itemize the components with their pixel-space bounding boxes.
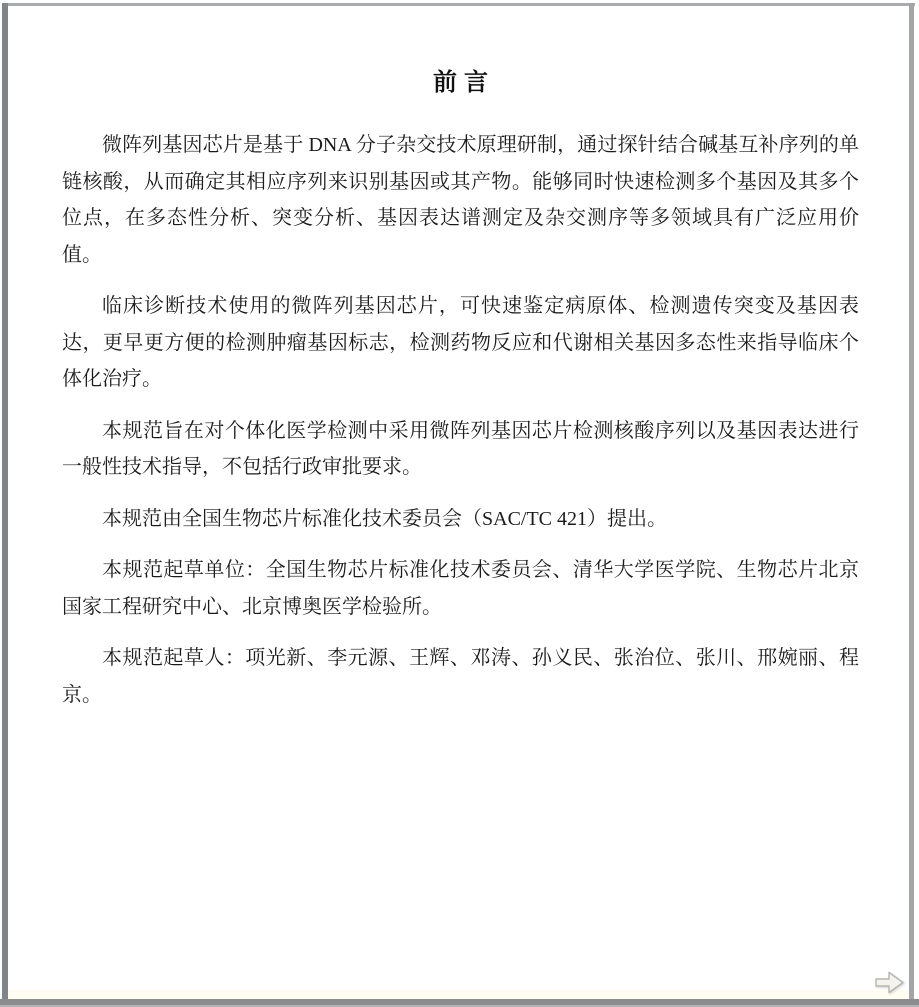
page-border-left bbox=[2, 3, 8, 999]
page-footer-strip bbox=[8, 990, 909, 999]
paragraph-drafting-units: 本规范起草单位：全国生物芯片标准化技术委员会、清华大学医学院、生物芯片北京国家工… bbox=[62, 552, 859, 625]
paragraph-intro-microarray: 微阵列基因芯片是基于 DNA 分子杂交技术原理研制，通过探针结合碱基互补序列的单… bbox=[62, 127, 859, 273]
next-page-button[interactable] bbox=[874, 969, 906, 997]
paragraph-drafters: 本规范起草人：项光新、李元源、王辉、邓涛、孙义民、张治位、张川、邢婉丽、程京。 bbox=[62, 640, 859, 713]
page-title: 前言 bbox=[62, 66, 859, 100]
document-viewer: 前言 微阵列基因芯片是基于 DNA 分子杂交技术原理研制，通过探针结合碱基互补序… bbox=[0, 0, 919, 1007]
viewer-bottom-bar bbox=[0, 999, 919, 1007]
paragraph-clinical-use: 临床诊断技术使用的微阵列基因芯片，可快速鉴定病原体、检测遗传突变及基因表达，更早… bbox=[62, 288, 859, 398]
paragraph-scope: 本规范旨在对个体化医学检测中采用微阵列基因芯片检测核酸序列以及基因表达进行一般性… bbox=[62, 413, 859, 486]
document-page: 前言 微阵列基因芯片是基于 DNA 分子杂交技术原理研制，通过探针结合碱基互补序… bbox=[62, 66, 859, 728]
next-page-arrow-icon bbox=[874, 969, 906, 997]
page-border-right bbox=[909, 3, 914, 999]
page-border-top bbox=[2, 3, 915, 6]
paragraph-proposed-by: 本规范由全国生物芯片标准化技术委员会（SAC/TC 421）提出。 bbox=[62, 501, 859, 538]
